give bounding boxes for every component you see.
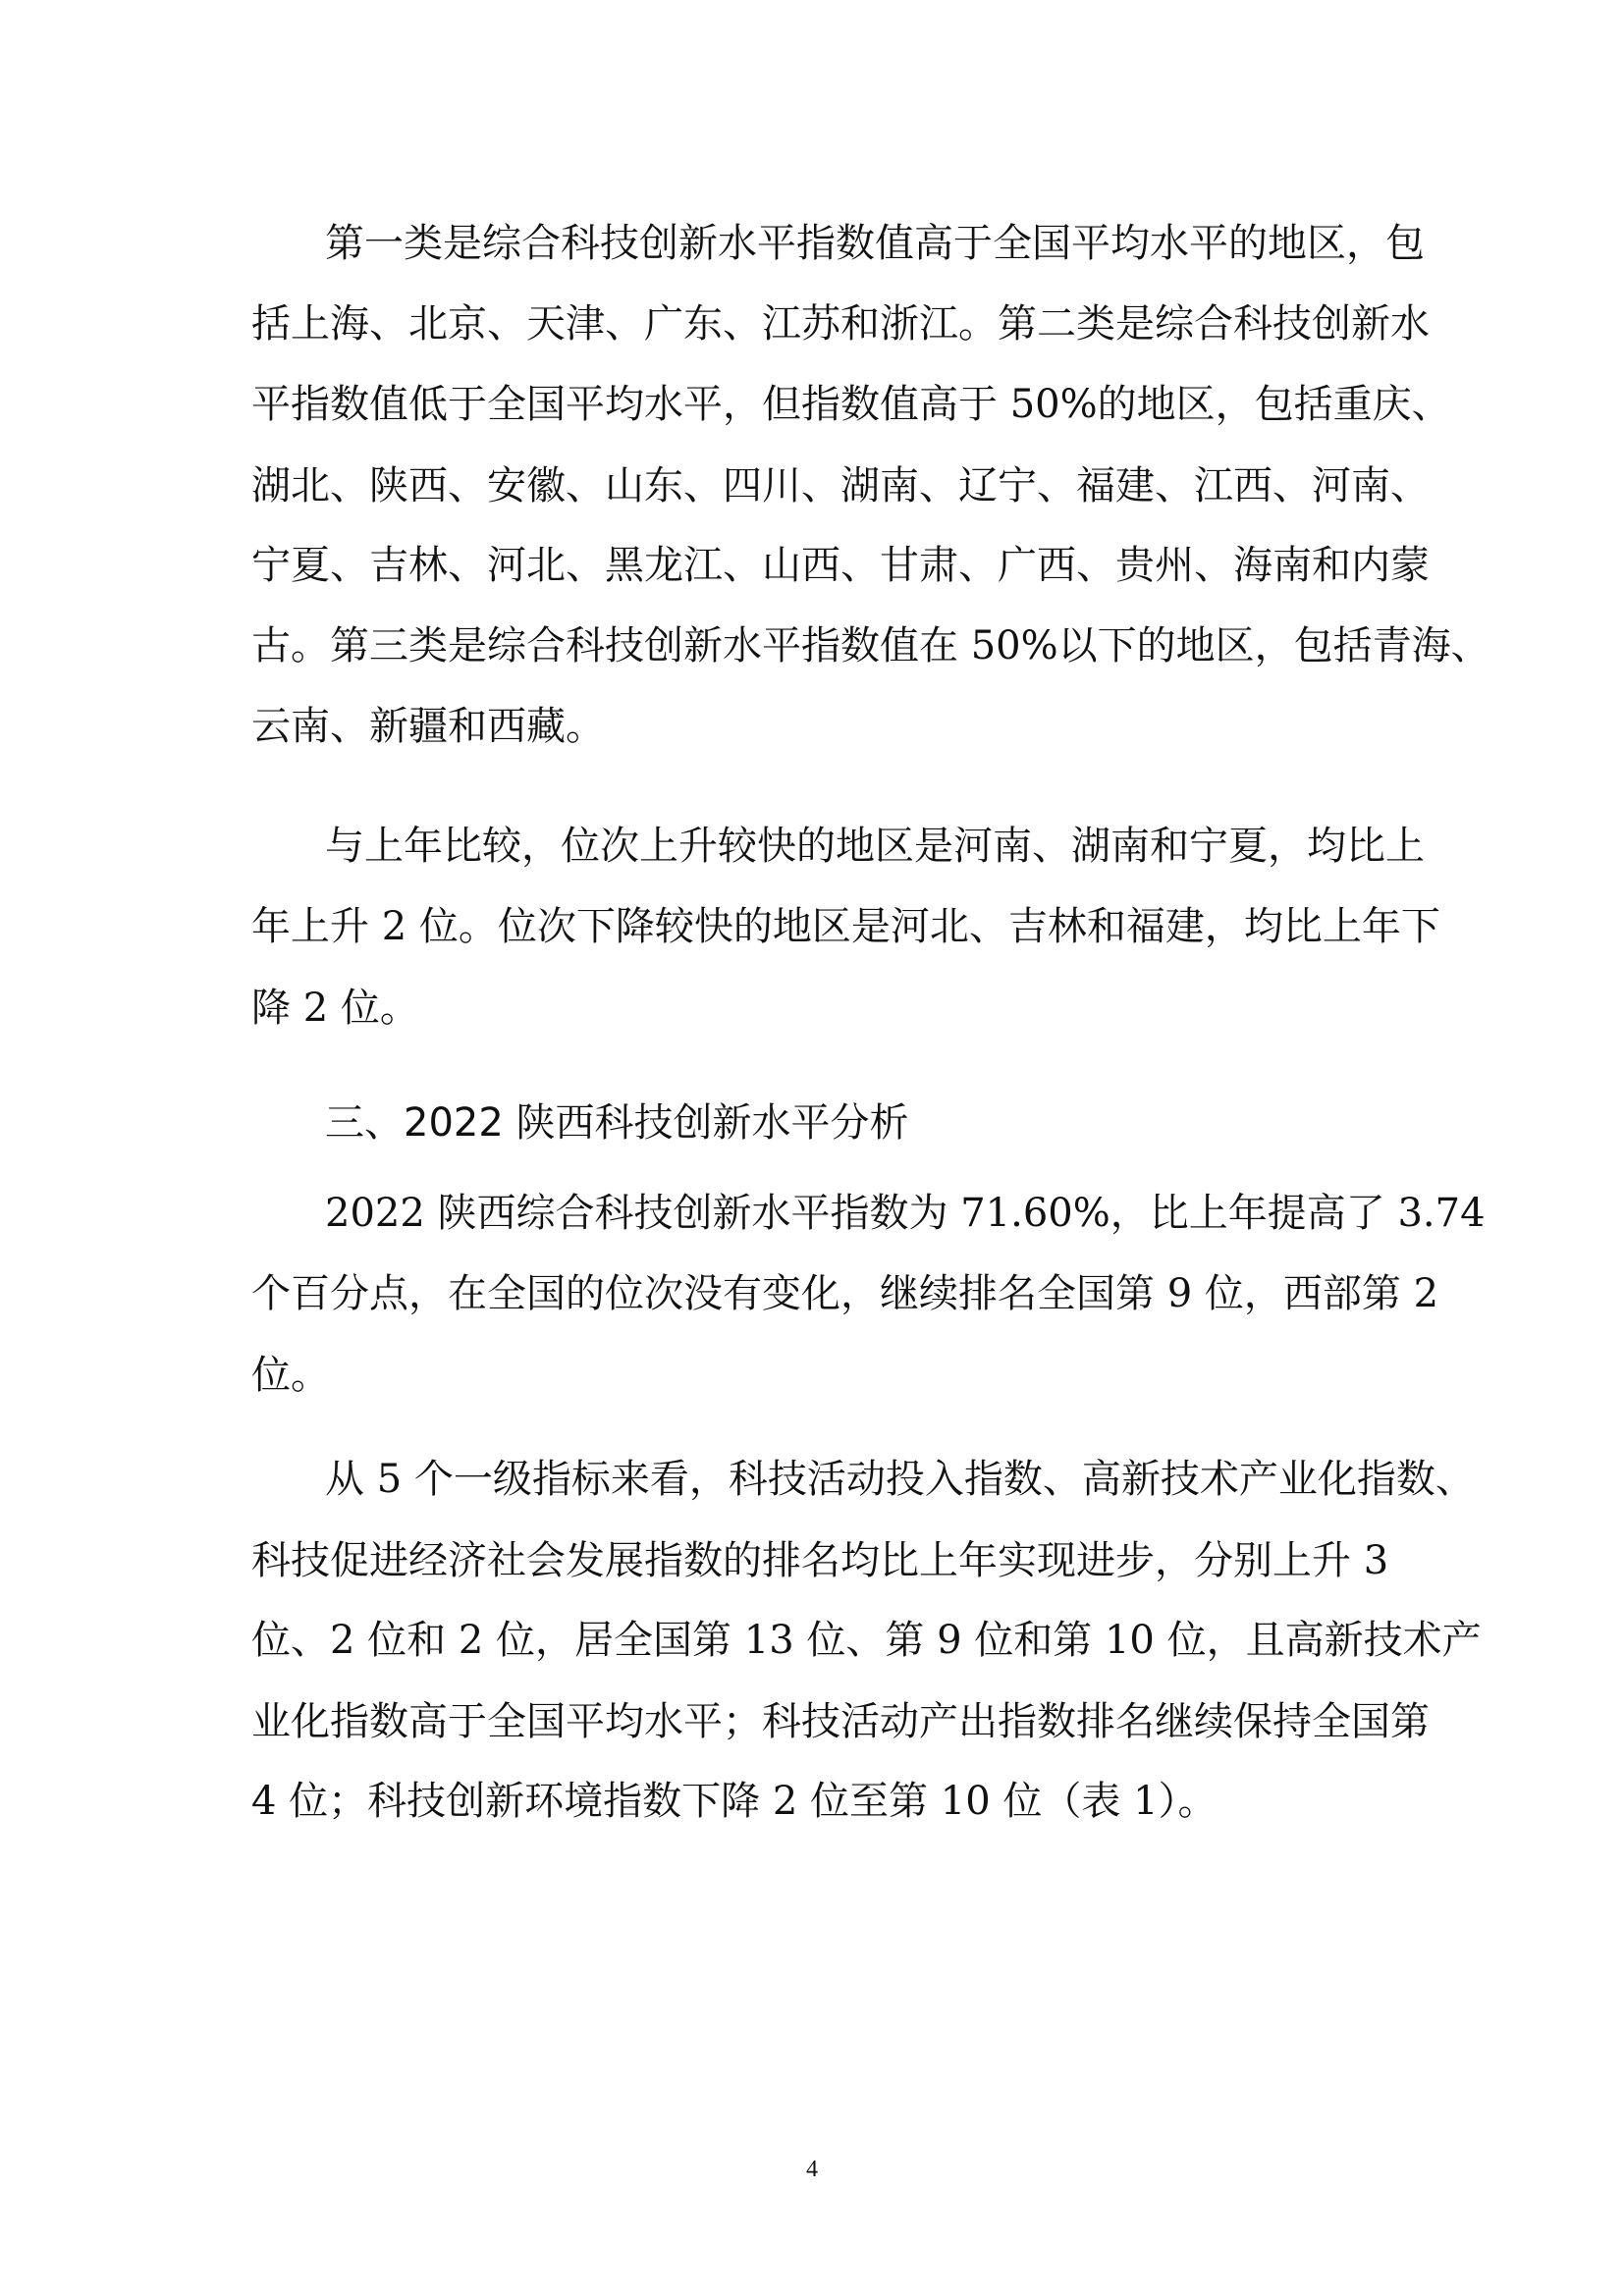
text-line: 宁夏、吉林、河北、黑龙江、山西、甘肃、广西、贵州、海南和内蒙 [251, 536, 1388, 595]
text-line: 降 2 位。 [251, 979, 1388, 1038]
text-line: 括上海、北京、天津、广东、江苏和浙江。第二类是综合科技创新水 [251, 294, 1388, 353]
text-line: 年上升 2 位。位次下降较快的地区是河北、吉林和福建，均比上年下 [251, 897, 1388, 956]
text-line: 个百分点，在全国的位次没有变化，继续排名全国第 9 位，西部第 2 [251, 1264, 1388, 1323]
text-line: 与上年比较，位次上升较快的地区是河南、湖南和宁夏，均比上 [325, 817, 1388, 876]
text-line: 平指数值低于全国平均水平，但指数值高于 50%的地区，包括重庆、 [251, 375, 1388, 434]
text-line: 湖北、陕西、安徽、山东、四川、湖南、辽宁、福建、江西、河南、 [251, 456, 1388, 515]
text-line: 云南、新疆和西藏。 [251, 697, 1388, 756]
text-line: 古。第三类是综合科技创新水平指数值在 50%以下的地区，包括青海、 [251, 616, 1388, 675]
text-line: 4 位；科技创新环境指数下降 2 位至第 10 位（表 1）。 [251, 1772, 1388, 1831]
text-line: 第一类是综合科技创新水平指数值高于全国平均水平的地区，包 [325, 214, 1388, 273]
page-number: 4 [0, 2155, 1624, 2184]
text-line: 2022 陕西综合科技创新水平指数为 71.60%，比上年提高了 3.74 [325, 1184, 1388, 1243]
text-line: 位。 [251, 1346, 1388, 1405]
text-line: 从 5 个一级指标来看，科技活动投入指数、高新技术产业化指数、 [325, 1450, 1388, 1509]
text-line: 位、2 位和 2 位，居全国第 13 位、第 9 位和第 10 位，且高新技术产 [251, 1611, 1388, 1670]
text-line: 科技促进经济社会发展指数的排名均比上年实现进步，分别上升 3 [251, 1531, 1388, 1590]
text-line: 业化指数高于全国平均水平；科技活动产出指数排名继续保持全国第 [251, 1692, 1388, 1751]
section-heading: 三、2022 陕西科技创新水平分析 [325, 1094, 909, 1152]
